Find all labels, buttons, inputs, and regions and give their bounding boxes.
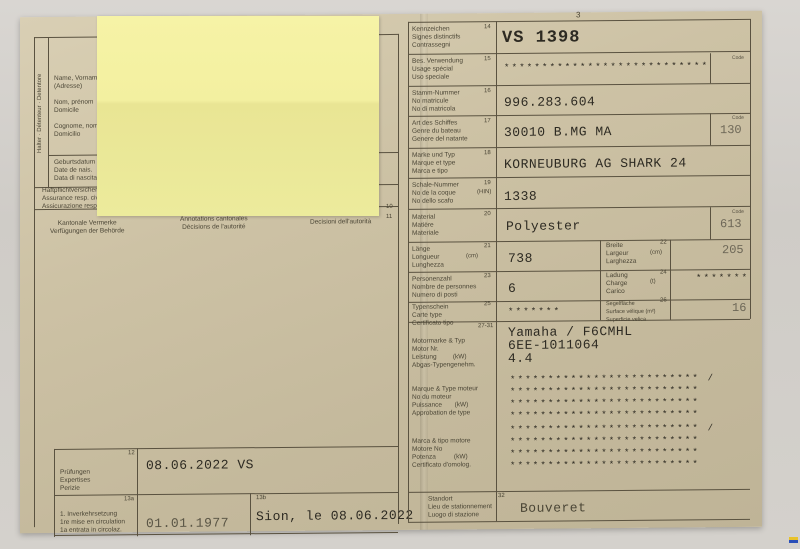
length-value: 738 (508, 251, 533, 266)
type-cert-value: ******* (508, 307, 561, 317)
holder-name-fr: Nom, prénom Domicile (54, 99, 93, 115)
material-value: Polyester (506, 218, 581, 234)
sail-area-label: Segelfläche Surface vélique (m²) Superfi… (606, 300, 656, 324)
inspections-label: Prüfungen Expertises Perizie (60, 469, 90, 493)
boat-type-label: Art des Schiffes Genre du bateau Genere … (412, 119, 468, 143)
first-registration-value: 01.01.1977 (146, 515, 229, 531)
plate-label: Kennzeichen Signes distinctifs Contrasse… (412, 25, 460, 49)
persons-value: 6 (508, 281, 516, 296)
load-label: Ladung Charge Carico (606, 272, 628, 296)
special-use-value: *************************** (504, 61, 709, 73)
engine-label-de: Motormarke & Typ Motor Nr. Leistung (kW)… (412, 337, 476, 370)
load-value: ******* (696, 273, 749, 283)
engine-power: 4.4 (508, 351, 533, 366)
special-use-label: Bes. Verwendung Usage spécial Uso specia… (412, 57, 463, 81)
inspections-value: 08.06.2022 VS (146, 457, 254, 473)
location-value: Bouveret (520, 500, 586, 516)
page-number: 3 (576, 10, 580, 19)
width-value: 205 (722, 243, 744, 257)
material-code: 613 (720, 217, 742, 231)
hull-no-label: Schale-Nummer No de la coque No dello sc… (412, 181, 459, 205)
engine-star-row: ************************* (510, 459, 700, 471)
holder-name-it: Cognome, nome Domicilio (54, 123, 102, 139)
persons-label: Personenzahl Nombre de personnes Numero … (412, 275, 476, 300)
engine-star-row: ************************* (510, 397, 700, 409)
boat-type-code: 130 (720, 123, 742, 137)
holder-birthdate: Geburtsdatum Date de nais. Data di nasci… (54, 159, 97, 183)
engine-star-row: ************************* / (510, 373, 715, 385)
engine-star-row: ************************* / (510, 423, 715, 435)
registration-no-value: 996.283.604 (504, 94, 595, 110)
engine-label-fr: Marque & Type moteur No du moteur Puissa… (412, 385, 478, 418)
first-registration-label: 1. Inverkehrsetzung 1re mise en circulat… (60, 510, 125, 535)
location-label: Standort Lieu de stationnement Luogo di … (428, 495, 492, 520)
holder-vertical-label: Halter · Détenteur · Detentore (37, 74, 43, 153)
issued-place-date: Sion, le 08.06.2022 (256, 508, 414, 524)
hull-no-value: 1338 (504, 189, 537, 204)
flag-icon (789, 537, 798, 543)
type-cert-label: Typenschein Carte type Certificato tipo (412, 303, 454, 327)
plate-value: VS 1398 (502, 28, 580, 48)
sticky-note (97, 16, 379, 216)
width-label: Breite Largeur Larghezza (606, 242, 636, 266)
length-label: Länge Longueur Lunghezza (412, 246, 444, 270)
engine-star-row: ************************* (510, 409, 700, 421)
engine-star-row: ************************* (510, 385, 700, 397)
make-type-value: KORNEUBURG AG SHARK 24 (504, 155, 687, 172)
material-label: Material Matière Materiale (412, 214, 439, 238)
engine-star-row: ************************* (510, 447, 700, 459)
annotations-de: Kantonale Vermerke Verfügungen der Behör… (50, 219, 124, 236)
annotations-fr: Annotations cantonales Décisions de l'au… (180, 215, 248, 232)
sail-area-value: 16 (732, 301, 746, 315)
registration-no-label: Stamm-Nummer No matricule No di matricol… (412, 89, 460, 113)
holder-name-de: Name, Vorname (Adresse) (54, 75, 101, 91)
make-type-label: Marke und Typ Marque et type Marca e tip… (412, 151, 455, 175)
engine-star-row: ************************* (510, 435, 700, 447)
engine-label-it: Marca & tipo motore Motore No Potenza (k… (412, 437, 471, 470)
boat-type-value: 30010 B.MG MA (504, 124, 612, 140)
